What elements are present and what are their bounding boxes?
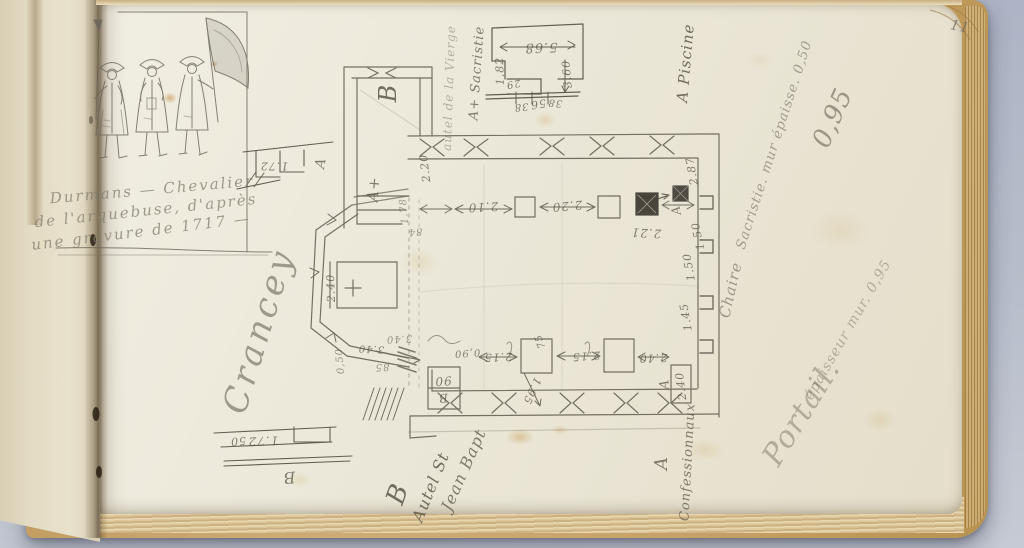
measurement-right-150a: 1.50 [690, 221, 707, 251]
measurement-sacristy-width: 5.68 [524, 40, 557, 54]
measurement-bottom-75: 75 [534, 332, 548, 349]
measurement-top-210: 2.10 [467, 200, 498, 214]
label-confessionnaux: Confessionnaux [678, 403, 697, 522]
measurement-right-145: 1.45 [678, 302, 694, 332]
label-sacristie-mur: Sacristie. mur épaisse. 0,50 [735, 39, 815, 251]
label-profile-b: B [282, 468, 296, 485]
measurement-top-220: 2.20 [551, 199, 583, 214]
label-profile-a: A [313, 156, 329, 169]
measurement-sacristy-56: 56 [529, 97, 547, 111]
page-number: 11 [949, 18, 971, 36]
measurement-apse-050: 0,50 [335, 347, 347, 374]
measurement-bottom-090: 0,90 [454, 346, 481, 358]
label-a-piscine: A Piscine [675, 23, 697, 103]
label-autel-de-la-vierge: autel de la Vierge [441, 25, 457, 151]
label-mur-0-95: 0,95 [809, 84, 858, 151]
measurement-bottom-215a: 2.15 [484, 351, 513, 363]
measurement-bottom-215b: 2.15 [571, 350, 600, 363]
measurement-sacristy-38a: 38 [513, 100, 529, 111]
label-portail: Portail. [758, 355, 846, 471]
measurement-top-221: 2.21 [630, 226, 661, 240]
label-chapel-b: B [376, 84, 400, 103]
label-a-sacristie: A+ Sacristie [467, 25, 487, 120]
label-a-confessionnaux-a: A [653, 456, 671, 470]
measurement-profile-b-50: 50 [230, 435, 247, 447]
handwriting-layer: Durmans — Chevalier de l'arquebuse, d'ap… [0, 0, 1024, 548]
measurement-right-287: 2.87 [684, 156, 700, 186]
measurement-chapel-84: 84 [407, 225, 423, 236]
label-autel-b: B [382, 480, 413, 508]
measurement-apse-240: 2.40 [325, 274, 337, 303]
label-box-b: B [438, 392, 449, 405]
measurement-sacristy-38b: 38 [547, 96, 563, 107]
measurement-right-150b: 1.50 [681, 252, 697, 282]
measurement-sacristy-29: 29 [505, 77, 521, 89]
label-chaire: Chaire [717, 261, 744, 320]
label-portail-epaisseur: épaisseur mur. 0,95 [802, 257, 894, 402]
measurement-apse-85: 85 [374, 361, 389, 372]
measurement-profile-b-172: 1.72 [247, 434, 278, 447]
label-crancey: Crancey [218, 244, 300, 417]
measurement-bottom-240: 2.40 [639, 352, 668, 364]
measurement-bottom-195: 1.95 [521, 376, 543, 406]
label-a-plus: A+ [365, 176, 382, 203]
measurement-apse-340b: 3.40 [386, 332, 413, 343]
measurement-right-240: 2.40 [674, 371, 688, 401]
label-a-right-wall: A [659, 379, 672, 389]
measurement-sacristy-height: 3.60 [560, 59, 573, 88]
measurement-chapel-178: 1.78 [399, 197, 411, 224]
measurement-box-90: 90 [434, 374, 452, 387]
label-a-niche: A [669, 204, 682, 216]
sketchbook-photo: { "scene": { "backdrop_color": "#b4bbc9"… [0, 0, 1024, 548]
measurement-chapel-220: 2.20 [418, 153, 432, 183]
measurement-profile-a-172: 1.72 [260, 161, 289, 172]
measurement-apse-340a: 3.40 [358, 342, 385, 353]
